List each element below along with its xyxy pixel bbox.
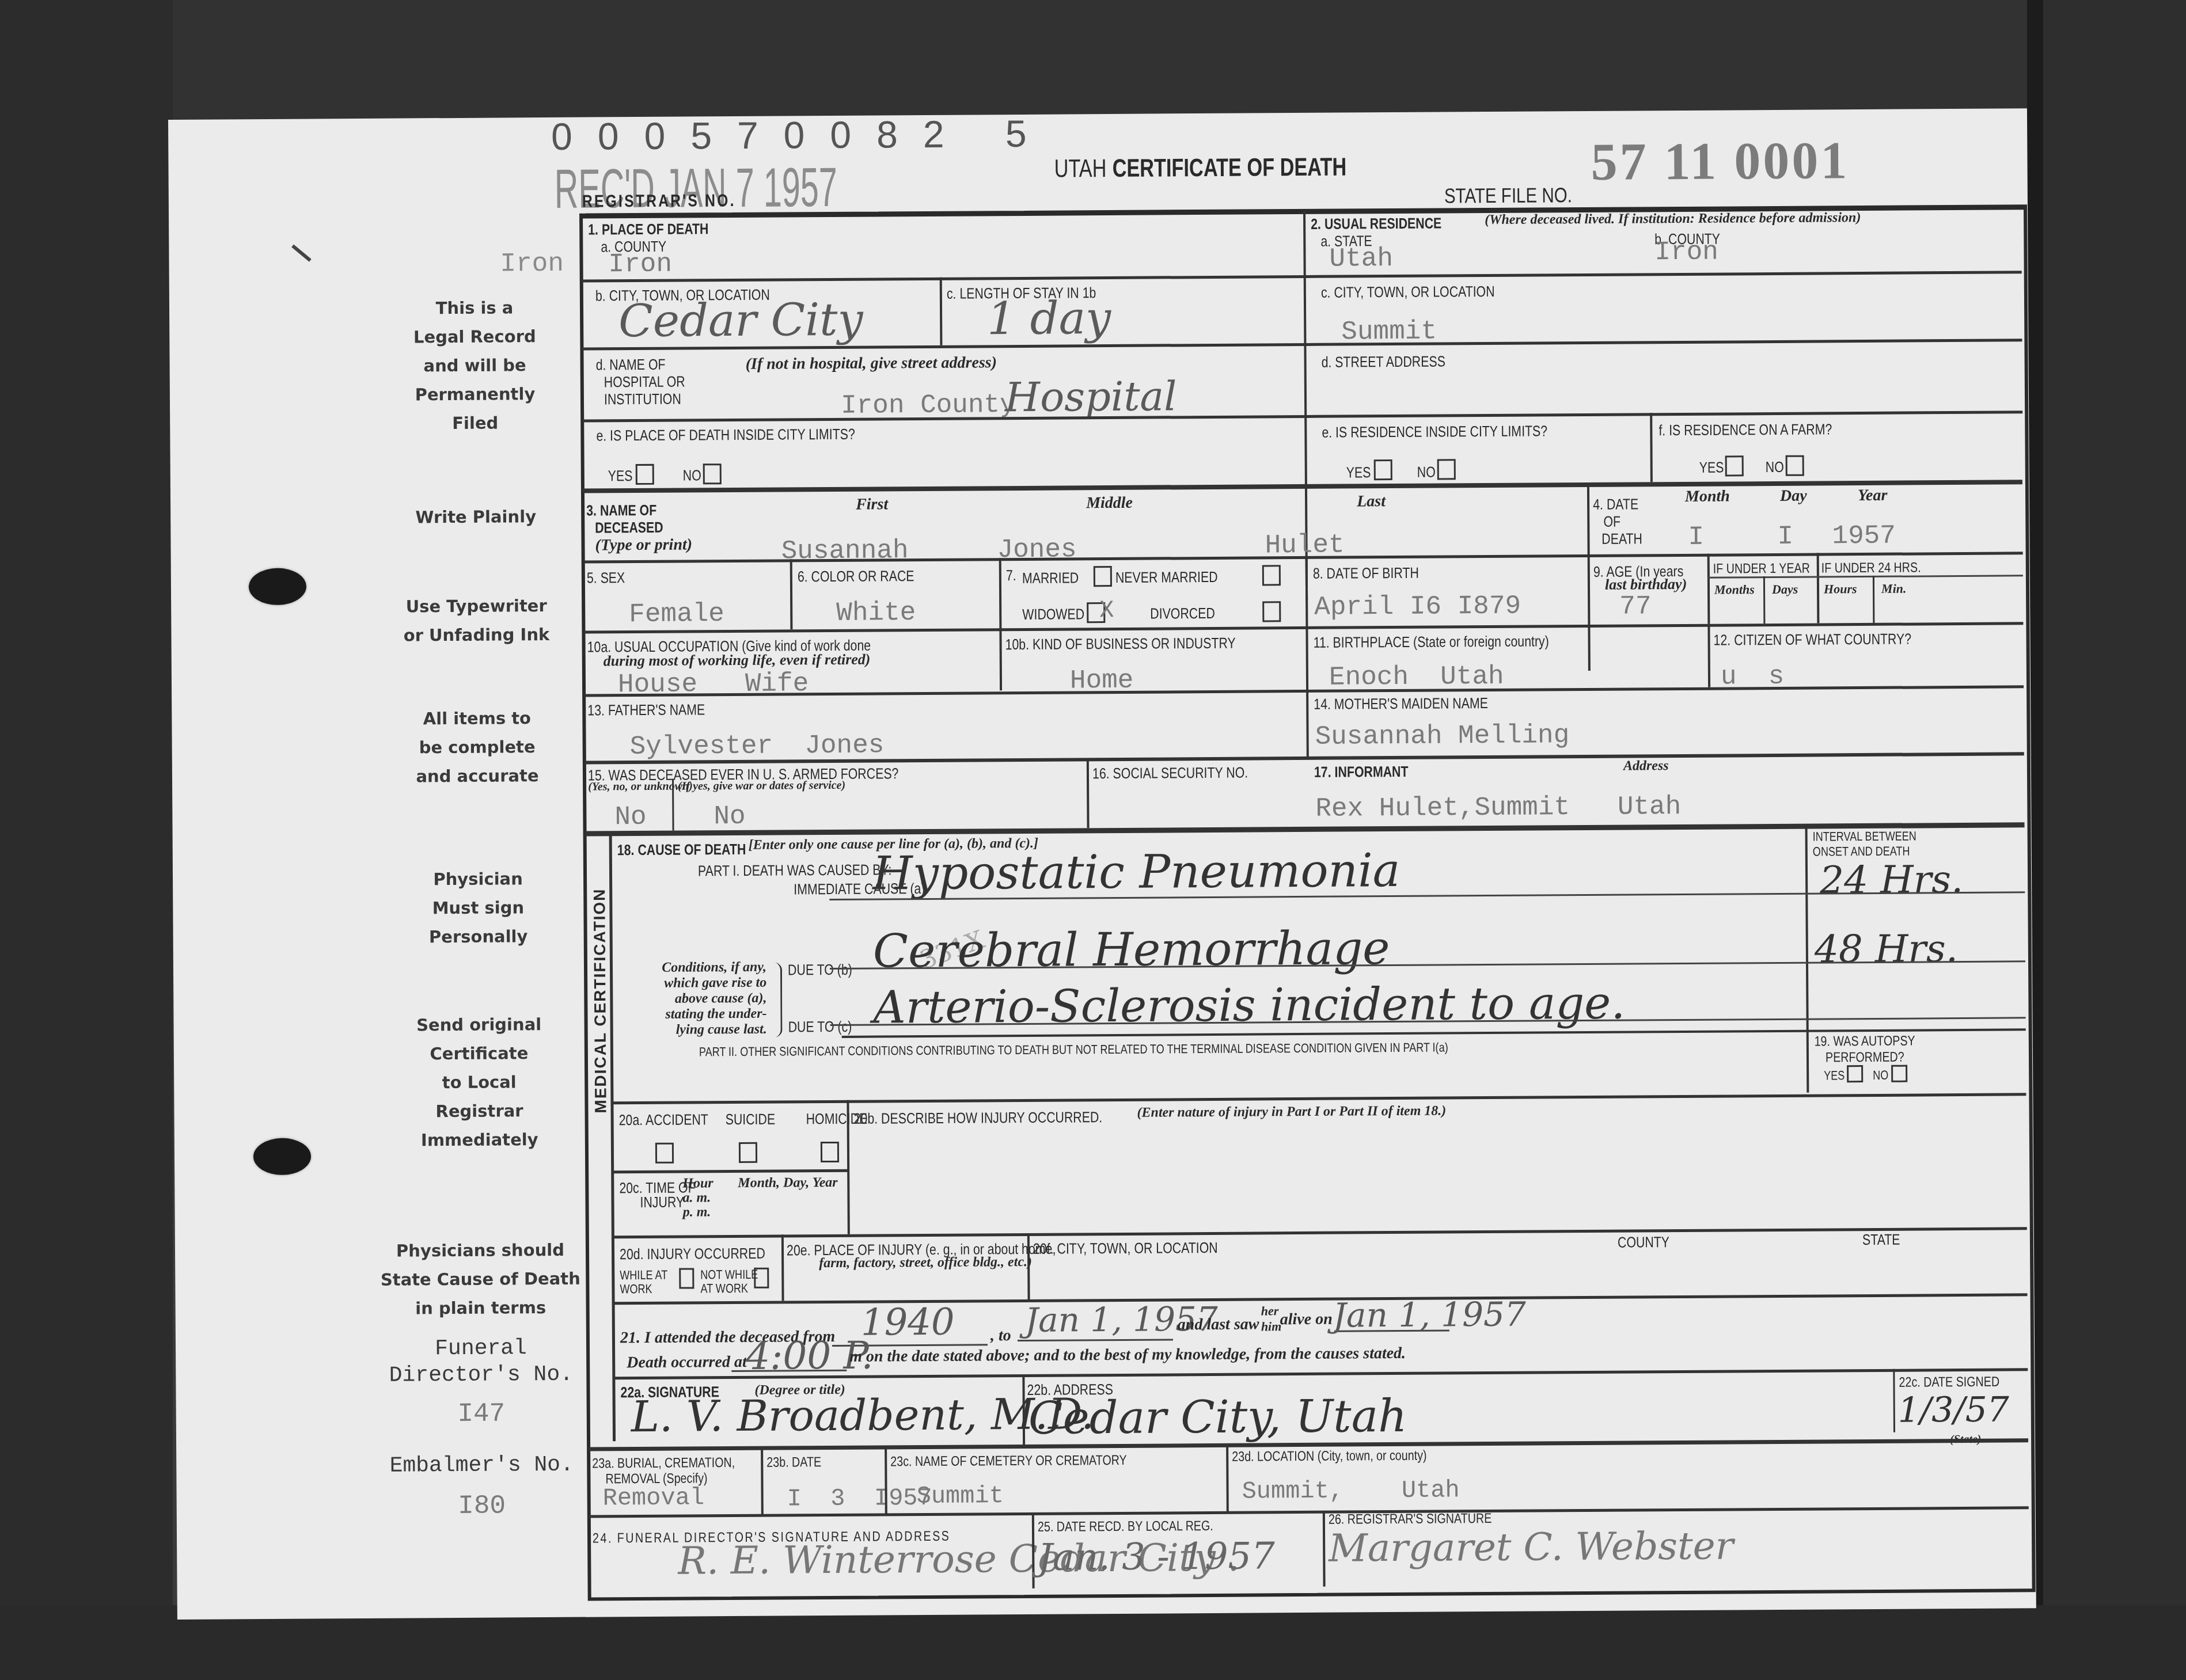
embalmer-label: Embalmer's No. xyxy=(366,1451,597,1479)
margin-note-send: Send originalCertificateto LocalRegistra… xyxy=(381,1010,578,1155)
place-county-value[interactable]: Iron xyxy=(608,249,672,280)
burial-location-value[interactable]: Summit, Utah xyxy=(1242,1476,1459,1505)
homicide-checkbox[interactable] xyxy=(821,1142,839,1162)
physician-address-value[interactable]: Cedar City, Utah xyxy=(1029,1390,1407,1445)
attended-from-value[interactable]: 1940 xyxy=(861,1301,955,1344)
embalmer-no: I80 xyxy=(442,1491,522,1521)
margin-note-physician: PhysicianMust signPersonally xyxy=(380,864,576,952)
cause-of-death-label: 18. CAUSE OF DEATH xyxy=(617,841,746,859)
age-value[interactable]: 77 xyxy=(1619,591,1652,621)
residence-farm-no-checkbox[interactable] xyxy=(1786,455,1804,476)
registrar-signature[interactable]: Margaret C. Webster xyxy=(1329,1523,1734,1570)
father-name-value[interactable]: Sylvester Jones xyxy=(630,730,885,762)
date-signed-value[interactable]: 1/3/57 xyxy=(1898,1390,2010,1431)
residence-county-value[interactable]: Iron xyxy=(1654,237,1718,268)
state-file-no: 57 11 0001 xyxy=(1591,130,1850,192)
usual-residence-label: 2. USUAL RESIDENCE xyxy=(1311,214,1441,233)
residence-inside-limits-no-checkbox[interactable] xyxy=(1437,459,1456,480)
while-at-work-checkbox[interactable] xyxy=(679,1268,694,1288)
dod-day-value[interactable]: I xyxy=(1777,522,1793,552)
armed-service-value[interactable]: No xyxy=(714,801,746,831)
birthplace-value[interactable]: Enoch Utah xyxy=(1329,662,1504,693)
not-while-at-work-checkbox[interactable] xyxy=(754,1268,769,1288)
never-married-checkbox[interactable] xyxy=(1262,565,1281,586)
margin-county: Iron xyxy=(500,249,564,279)
bracket xyxy=(772,963,783,1037)
due-to-b-value[interactable]: Cerebral Hemorrhage xyxy=(873,921,1390,978)
residence-inside-limits-yes-checkbox[interactable] xyxy=(1374,459,1392,480)
autopsy-no-checkbox[interactable] xyxy=(1891,1065,1907,1082)
punch-hole xyxy=(249,568,306,606)
margin-note-legal: This is aLegal Recordand will bePermanen… xyxy=(377,293,574,438)
place-inside-limits-yes-checkbox[interactable] xyxy=(636,464,654,485)
accident-checkbox[interactable] xyxy=(655,1143,674,1164)
background-binder xyxy=(2027,0,2186,1680)
race-value[interactable]: White xyxy=(836,598,916,628)
margin-note-typewriter: Use Typewriteror Unfading Ink xyxy=(367,591,586,650)
immediate-interval-value[interactable]: 24 Hrs. xyxy=(1820,857,1963,903)
funeral-director-label: FuneralDirector's No. xyxy=(366,1335,597,1389)
due-to-b-interval-value[interactable]: 48 Hrs. xyxy=(1815,926,1958,972)
disposition-value[interactable]: Removal xyxy=(602,1484,704,1512)
married-checkbox[interactable] xyxy=(1094,566,1112,587)
place-city-value[interactable]: Cedar City xyxy=(618,294,863,348)
dob-value[interactable]: April I6 I879 xyxy=(1314,591,1521,622)
divorced-checkbox[interactable] xyxy=(1262,601,1281,622)
state-file-no-label: STATE FILE NO. xyxy=(1444,183,1572,208)
dod-month-value[interactable]: I xyxy=(1688,522,1704,552)
burial-date-value[interactable]: I 3 I957 xyxy=(787,1484,932,1513)
date-received-value[interactable]: Jan. 3 - 1957 xyxy=(1038,1535,1275,1579)
deceased-name-label: 3. NAME OFDECEASED xyxy=(586,501,663,537)
serial-number: 000570082 5 xyxy=(551,112,1052,158)
registrars-no-label: REGISTRAR'S NO. xyxy=(582,191,736,212)
hospital-value-typed[interactable]: Iron County xyxy=(841,390,1016,421)
margin-note-cause: Physicians shouldState Cause of Deathin … xyxy=(359,1235,602,1323)
background-left xyxy=(0,0,173,1680)
last-seen-value[interactable]: Jan 1, 1957 xyxy=(1333,1295,1526,1335)
immediate-cause-value[interactable]: Hypostatic Pneumonia xyxy=(872,843,1401,900)
background-top xyxy=(0,0,2186,121)
length-of-stay-value[interactable]: 1 day xyxy=(987,292,1111,345)
autopsy-yes-checkbox[interactable] xyxy=(1847,1065,1863,1082)
hospital-value-hand: Hospital xyxy=(1005,373,1177,421)
funeral-director-no: I47 xyxy=(441,1398,522,1429)
armed-forces-value[interactable]: No xyxy=(614,802,647,832)
dod-year-value[interactable]: 1957 xyxy=(1832,521,1896,552)
sex-value[interactable]: Female xyxy=(629,599,724,629)
suicide-checkbox[interactable] xyxy=(739,1142,757,1163)
cemetery-value[interactable]: Summit xyxy=(916,1482,1004,1510)
punch-hole xyxy=(253,1138,311,1176)
medical-certification-label: MEDICAL CERTIFICATION xyxy=(590,888,610,1113)
margin-note-complete: All items tobe completeand accurate xyxy=(379,704,575,791)
margin-note-write: Write Plainly xyxy=(378,502,574,532)
mother-name-value[interactable]: Susannah Melling xyxy=(1315,720,1569,752)
widowed-mark: X xyxy=(1099,596,1114,624)
informant-value[interactable]: Rex Hulet,Summit Utah xyxy=(1315,792,1681,824)
informant-label: 17. INFORMANT xyxy=(1314,763,1409,781)
place-of-death-label: 1. PLACE OF DEATH xyxy=(588,220,708,238)
page-title: UTAH CERTIFICATE OF DEATH xyxy=(1054,153,1413,184)
residence-state-value[interactable]: Utah xyxy=(1329,244,1393,274)
place-inside-limits-no-checkbox[interactable] xyxy=(703,463,722,484)
due-to-c-value[interactable]: Arterio-Sclerosis incident to age. xyxy=(873,978,1625,1034)
check-mark xyxy=(291,245,312,262)
residence-farm-yes-checkbox[interactable] xyxy=(1725,455,1744,476)
certificate-paper: 000570082 5 REC'D JAN 7 1957 REGISTRAR'S… xyxy=(168,108,2036,1620)
